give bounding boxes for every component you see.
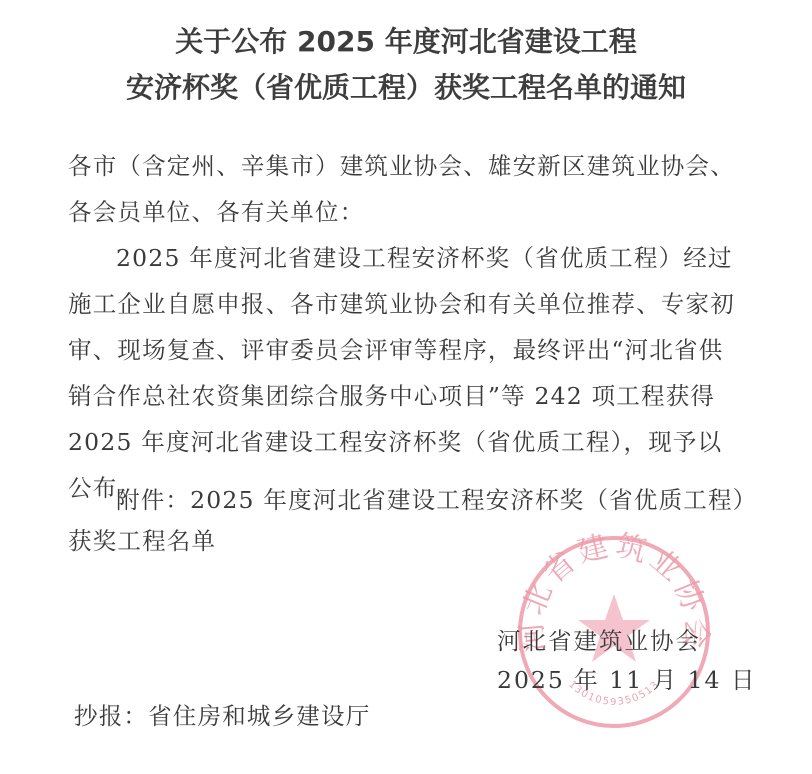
signature-date: 2025 年 11 月 14 日 [497, 661, 756, 695]
signature-organization: 河北省建筑业协会 [497, 622, 701, 656]
body-line-2: 施工企业自愿申报、各市建筑业协会和有关单位推荐、专家初 [68, 285, 735, 319]
attachment-line-2: 获奖工程名单 [68, 522, 216, 556]
salutation-line-2: 各会员单位、各有关单位： [68, 193, 364, 227]
body-line-4: 销合作总社农资集团综合服务中心项目”等 242 项工程获得 [68, 377, 715, 411]
document-title-line-1: 关于公布 2025 年度河北省建设工程 [0, 20, 812, 60]
attachment-line-1: 附件：2025 年度河北省建设工程安济杯奖（省优质工程） [116, 481, 757, 515]
body-line-3: 审、现场复查、评审委员会评审等程序，最终评出“河北省供 [68, 331, 723, 365]
body-line-5: 2025 年度河北省建设工程安济杯奖（省优质工程），现予以 [68, 423, 722, 457]
document-title-line-2: 安济杯奖（省优质工程）获奖工程名单的通知 [0, 66, 812, 106]
cc-line: 抄报：省住房和城乡建设厅 [74, 697, 370, 731]
salutation-line-1: 各市（含定州、辛集市）建筑业协会、雄安新区建筑业协会、 [68, 147, 735, 181]
body-line-1: 2025 年度河北省建设工程安济杯奖（省优质工程）经过 [116, 239, 733, 273]
